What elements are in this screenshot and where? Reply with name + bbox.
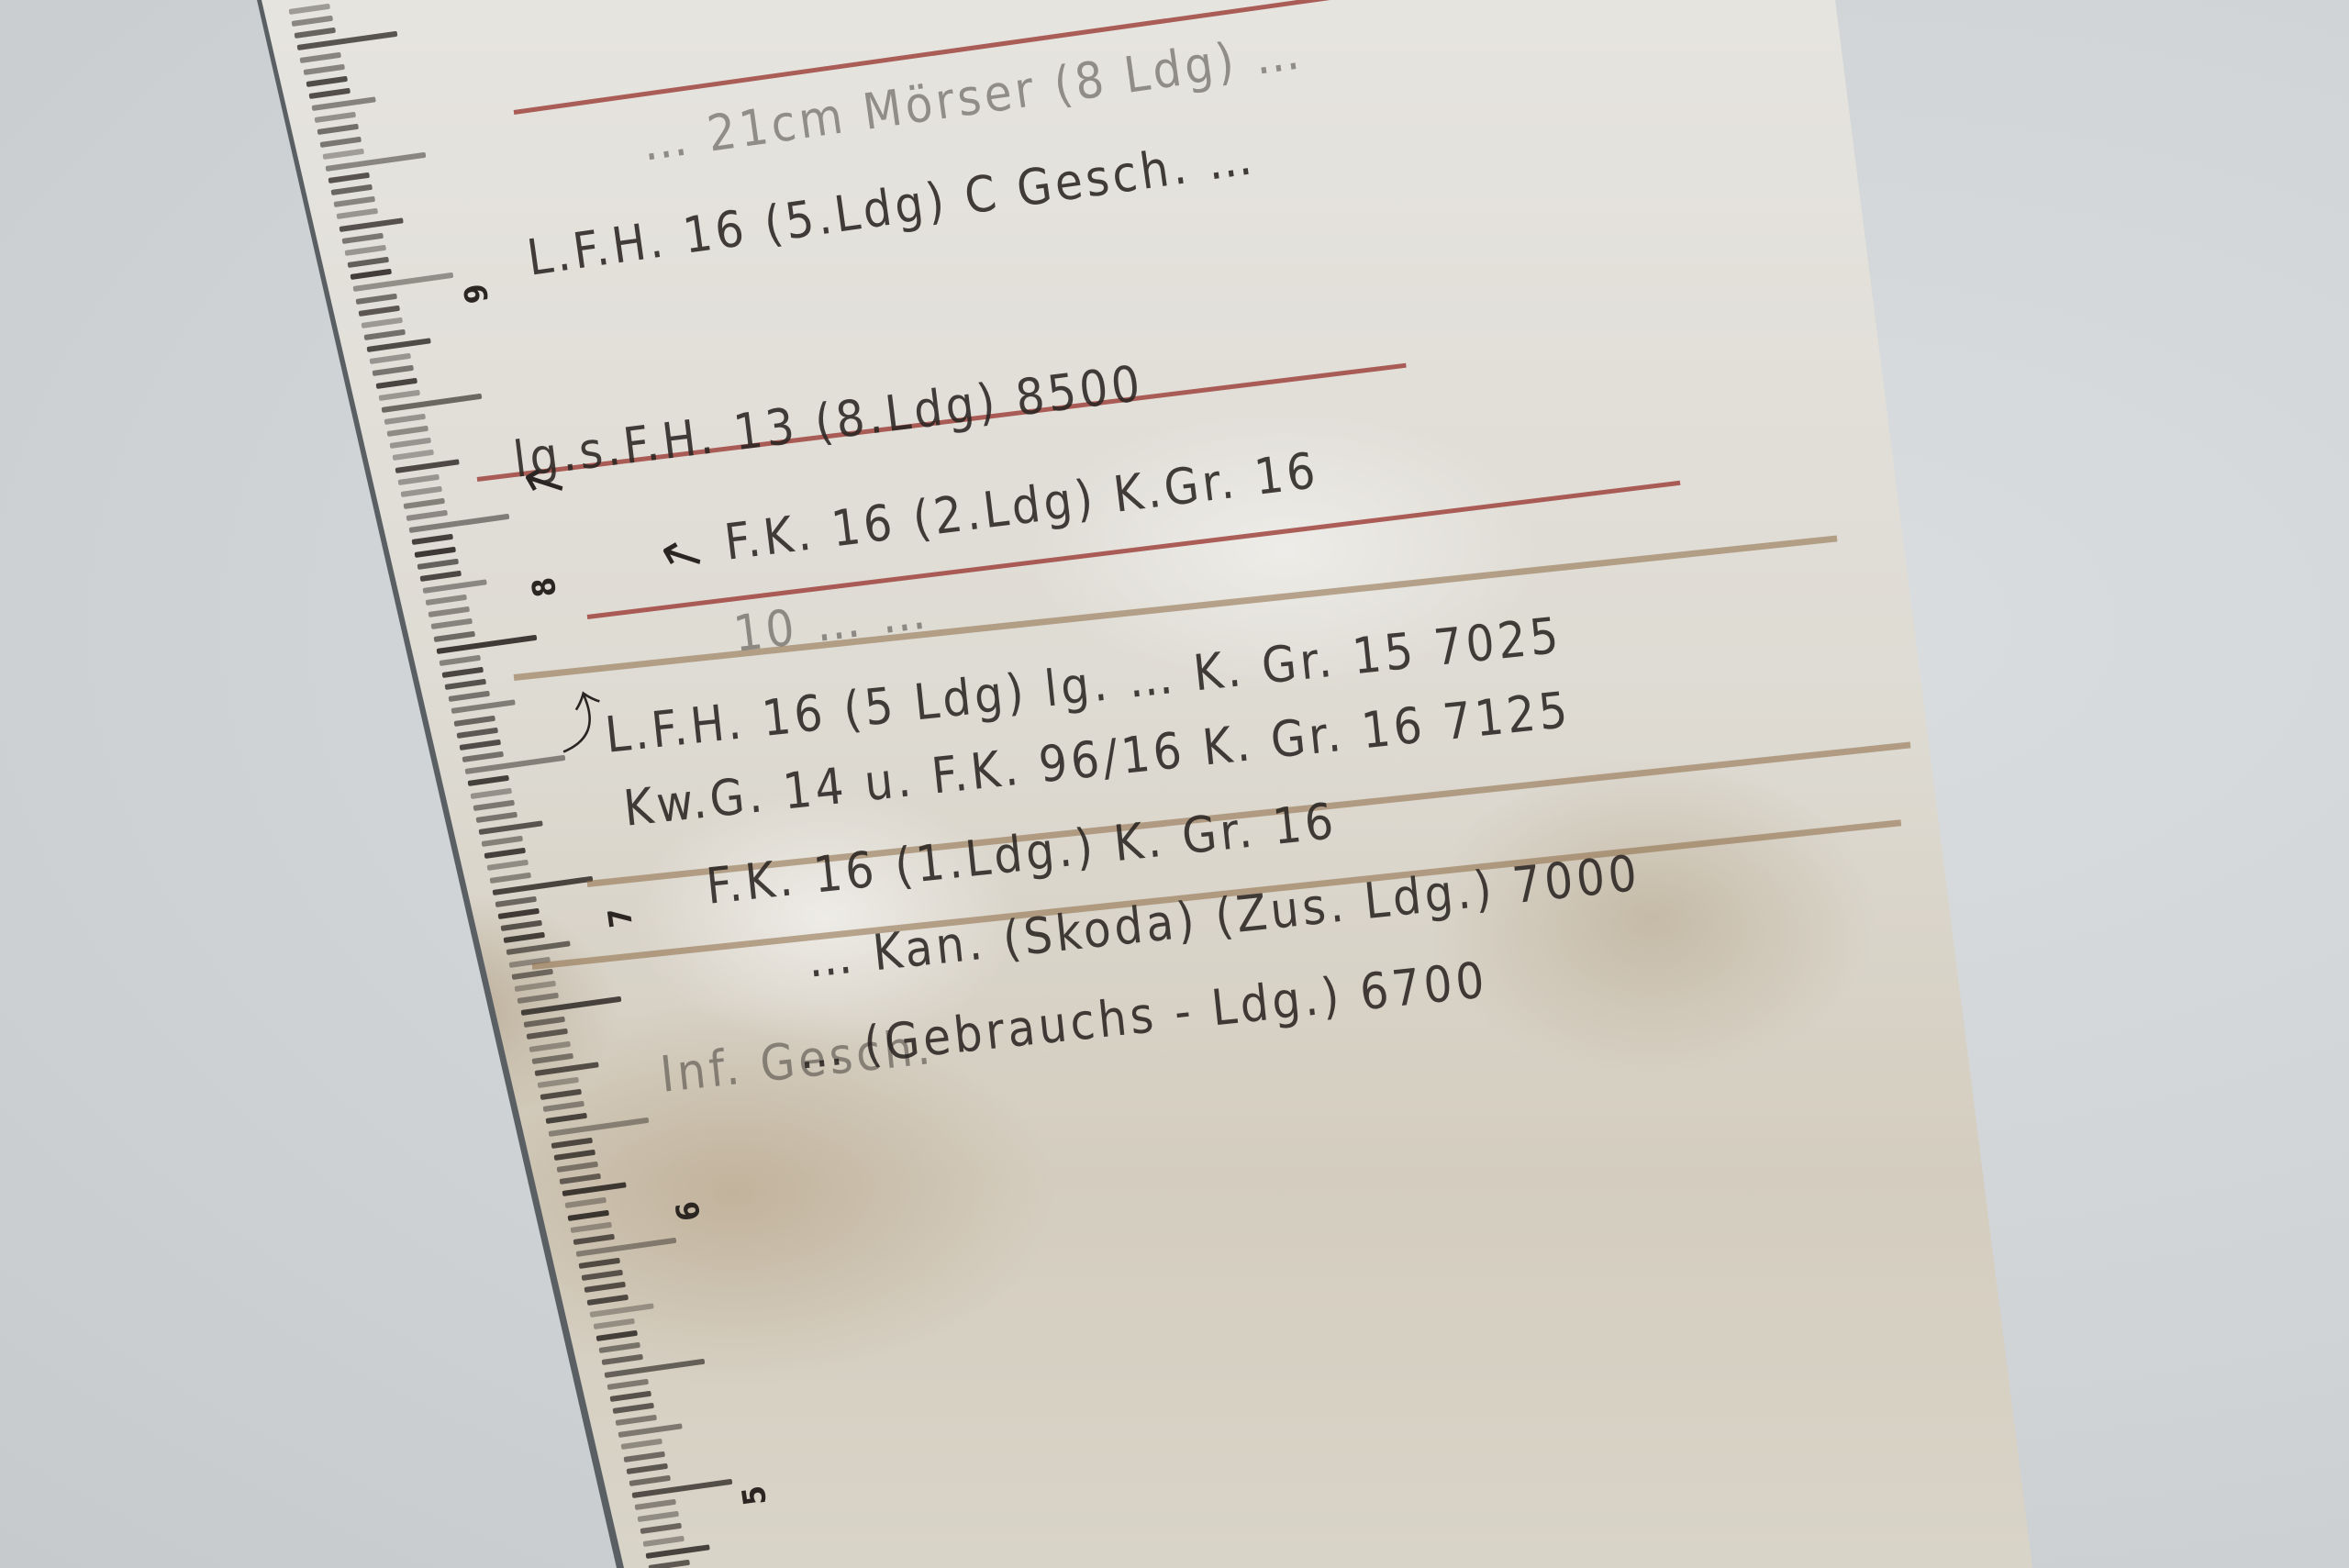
inscription-line: L.F.H. 16 (5.Ldg) C Gesch. … — [524, 128, 1259, 287]
inscription-line: lg.s.F.H. 13 (8.Ldg) 8500 — [510, 354, 1146, 489]
curved-arrow-icon: ⤴ — [539, 672, 618, 764]
inscriptions: … 21cm Mörser (8 Ldg) … L.F.H. 16 (5.Ldg… — [0, 0, 2349, 1568]
inscription-line: F.K. 16 (2.Ldg) K.Gr. 16 — [721, 441, 1321, 572]
arrow-icon: ↖ — [648, 517, 716, 593]
